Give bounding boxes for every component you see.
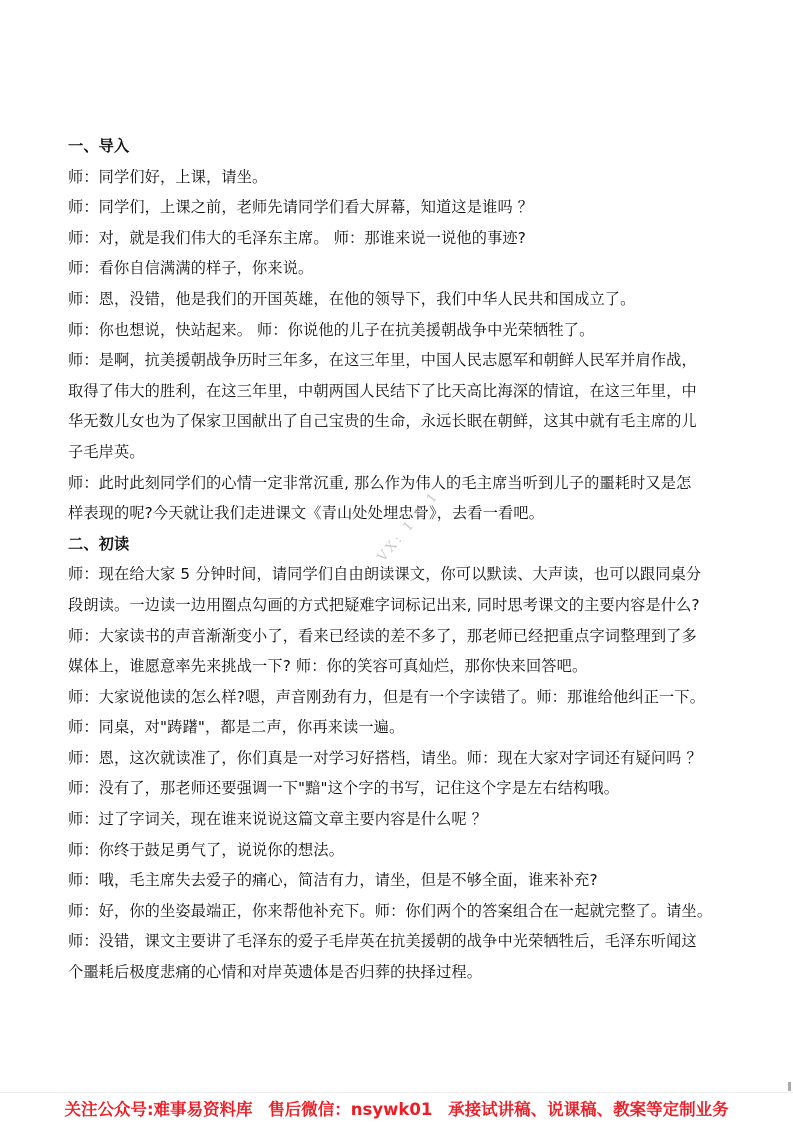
paragraph-line: 师：恩，没错，他是我们的开国英雄，在他的领导下，我们中华人民共和国成立了。 (68, 284, 728, 315)
paragraph-line: 师：恩，这次就读准了，你们真是一对学习好搭档，请坐。师：现在大家对字词还有疑问吗… (68, 743, 728, 774)
section-heading-intro: 一、导入 (68, 131, 728, 162)
footer-services: 承接试讲稿、说课稿、教案等定制业务 (448, 1100, 729, 1119)
paragraph-line: 师：没有了，那老师还要强调一下"黯"这个字的书写，记住这个字是左右结构哦。 (68, 773, 728, 804)
paragraph-line: 师：没错，课文主要讲了毛泽东的爱子毛岸英在抗美援朝的战争中光荣牺牲后，毛泽东听闻… (68, 926, 728, 957)
footer-wechat: 售后微信：nsywk01 (268, 1100, 432, 1119)
paragraph-line: 师：此时此刻同学们的心情一定非常沉重, 那么作为伟人的毛主席当听到儿子的噩耗时又… (68, 468, 728, 499)
paragraph-line: 师：你终于鼓足勇气了，说说你的想法。 (68, 835, 728, 866)
paragraph-line: 师：过了字词关，现在谁来说说这篇文章主要内容是什么呢 ？ (68, 804, 728, 835)
paragraph-line: 师：同桌，对"踌躇"，都是二声，你再来读一遍。 (68, 712, 728, 743)
paragraph-line: 师：看你自信满满的样子，你来说。 (68, 253, 728, 284)
paragraph-line: 媒体上，谁愿意率先来挑战一下? 师：你的笑容可真灿烂，那你快来回答吧。 (68, 651, 728, 682)
footer-divider (0, 1092, 793, 1093)
paragraph-line: 取得了伟大的胜利，在这三年里，中朝两国人民结下了比天高比海深的情谊，在这三年里，… (68, 376, 728, 407)
paragraph-line: 个噩耗后极度悲痛的心情和对岸英遗体是否归葬的抉择过程。 (68, 957, 728, 988)
paragraph-line: 师：你也想说，快站起来。 师：你说他的儿子在抗美援朝战争中光荣牺牲了。 (68, 315, 728, 346)
paragraph-line: 华无数儿女也为了保家卫国献出了自己宝贵的生命，永远长眠在朝鲜，这其中就有毛主席的… (68, 406, 728, 437)
paragraph-line: 师：同学们，上课之前，老师先请同学们看大屏幕，知道这是谁吗 ？ (68, 192, 728, 223)
paragraph-line: 师：是啊，抗美援朝战争历时三年多，在这三年里，中国人民志愿军和朝鲜人民军并肩作战… (68, 345, 728, 376)
paragraph-line: 段朗读。一边读一边用圈点勾画的方式把疑难字词标记出来, 同时思考课文的主要内容是… (68, 590, 728, 621)
paragraph-line: 师：大家说他读的怎么样?嗯，声音刚劲有力，但是有一个字读错了。师：那谁给他纠正一… (68, 682, 728, 713)
paragraph-line: 师：同学们好，上课，请坐。 (68, 162, 728, 193)
paragraph-line: 样表现的呢?今天就让我们走进课文《青山处处埋忠骨》，去看一看吧。 (68, 498, 728, 529)
paragraph-line: 师：好，你的坐姿最端正，你来帮他补充下。师：你们两个的答案组合在一起就完整了。请… (68, 896, 728, 927)
footer-account: 关注公众号:难事易资料库 (64, 1100, 252, 1119)
corner-mark (788, 1082, 791, 1091)
paragraph-line: 子毛岸英。 (68, 437, 728, 468)
paragraph-line: 师：哦，毛主席失去爱子的痛心，简洁有力，请坐，但是不够全面，谁来补充? (68, 865, 728, 896)
document-body: 一、导入 师：同学们好，上课，请坐。 师：同学们，上课之前，老师先请同学们看大屏… (68, 131, 728, 988)
footer-banner: 关注公众号:难事易资料库 售后微信：nsywk01 承接试讲稿、说课稿、教案等定… (0, 1096, 793, 1120)
paragraph-line: 师：现在给大家 5 分钟时间，请同学们自由朗读课文，你可以默读、大声读，也可以跟… (68, 559, 728, 590)
paragraph-line: 师：大家读书的声音渐渐变小了，看来已经读的差不多了，那老师已经把重点字词整理到了… (68, 621, 728, 652)
paragraph-line: 师：对，就是我们伟大的毛泽东主席。 师：那谁来说一说他的事迹? (68, 223, 728, 254)
